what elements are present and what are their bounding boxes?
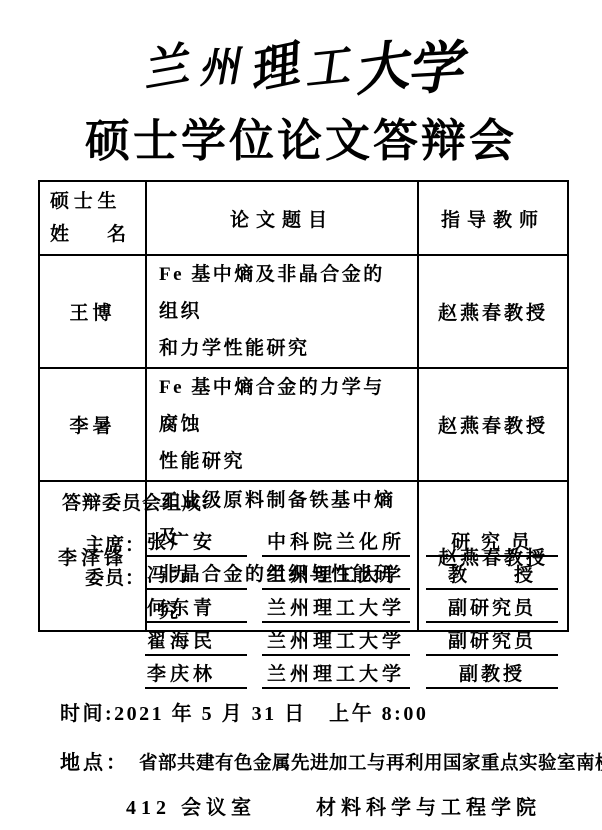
committee-role-label: 主席：: [85, 530, 145, 557]
defense-location: 地点：省部共建有色金属先进加工与再利用国家重点实验室南楼: [60, 746, 602, 775]
committee-role-label: 委员：: [85, 563, 145, 590]
logo-character: 学: [404, 22, 469, 106]
committee-member-title: 研 究 员: [426, 527, 558, 557]
committee-row-member: 何东青 兰州理工大学 副研究员: [85, 590, 565, 623]
university-calligraphy-logo: 兰州理工大学: [0, 28, 602, 100]
location-room-and-school: 412 会议室 材料科学与工程学院: [126, 791, 541, 820]
university-name-text: 兰州理工大学: [139, 40, 463, 96]
table-row: 李暑 Fe 基中熵合金的力学与腐蚀 性能研究 赵燕春教授: [39, 368, 568, 481]
committee-member-name: 李庆林: [145, 659, 247, 689]
committee-member-affiliation: 兰州理工大学: [262, 626, 410, 656]
thesis-title-line: Fe 基中熵及非晶合金的组织: [159, 256, 405, 330]
thesis-title: Fe 基中熵合金的力学与腐蚀 性能研究: [146, 368, 418, 481]
committee-row-member: 翟海民 兰州理工大学 副研究员: [85, 623, 565, 656]
logo-character: 兰: [136, 27, 196, 101]
logo-character: 工: [300, 29, 355, 99]
header-advisor: 指导教师: [418, 181, 568, 255]
committee-row-member: 委员： 冯力 兰州理工大学 教 授: [85, 557, 565, 590]
logo-character: 理: [241, 24, 307, 104]
student-name: 李暑: [39, 368, 146, 481]
header-student-name-line1: 硕 士 生: [50, 185, 135, 218]
thesis-title-line: 和力学性能研究: [159, 330, 405, 367]
thesis-title-line: 性能研究: [159, 443, 405, 480]
committee-member-title: 副研究员: [426, 626, 558, 656]
committee-member-affiliation: 兰州理工大学: [262, 593, 410, 623]
table-header-row: 硕 士 生 姓 名 论文题目 指导教师: [39, 181, 568, 255]
committee-row-member: 李庆林 兰州理工大学 副教授: [85, 656, 565, 689]
committee-member-affiliation: 兰州理工大学: [262, 659, 410, 689]
advisor-name: 赵燕春教授: [418, 255, 568, 368]
location-label: 地点：: [60, 752, 129, 774]
committee-member-name: 冯力: [145, 560, 247, 590]
committee-member-title: 教 授: [426, 560, 558, 590]
committee-list: 主席： 张广安 中科院兰化所 研 究 员 委员： 冯力 兰州理工大学 教 授 何…: [85, 524, 565, 689]
header-student-name-line2: 姓 名: [50, 218, 135, 251]
committee-member-affiliation: 中科院兰化所: [262, 527, 410, 557]
student-name: 王博: [39, 255, 146, 368]
committee-member-title: 副教授: [426, 659, 558, 689]
defense-time: 时间:2021 年 5 月 31 日 上午 8:00: [60, 697, 428, 726]
header-thesis-title: 论文题目: [146, 181, 418, 255]
committee-member-affiliation: 兰州理工大学: [262, 560, 410, 590]
defense-announcement-page: 兰州理工大学 硕士学位论文答辩会 硕 士 生 姓 名 论文题目 指导教师 王博 …: [0, 0, 602, 830]
thesis-title-line: Fe 基中熵合金的力学与腐蚀: [159, 369, 405, 443]
advisor-name: 赵燕春教授: [418, 368, 568, 481]
header-student-name: 硕 士 生 姓 名: [39, 181, 146, 255]
committee-member-title: 副研究员: [426, 593, 558, 623]
location-building: 省部共建有色金属先进加工与再利用国家重点实验室南楼: [139, 754, 602, 774]
thesis-title: Fe 基中熵及非晶合金的组织 和力学性能研究: [146, 255, 418, 368]
logo-character: 州: [196, 33, 244, 95]
page-title: 硕士学位论文答辩会: [0, 104, 602, 169]
table-row: 王博 Fe 基中熵及非晶合金的组织 和力学性能研究 赵燕春教授: [39, 255, 568, 368]
committee-heading: 答辩委员会组成:: [62, 488, 209, 515]
committee-member-name: 张广安: [145, 527, 247, 557]
committee-row-chair: 主席： 张广安 中科院兰化所 研 究 员: [85, 524, 565, 557]
committee-member-name: 何东青: [145, 593, 247, 623]
committee-member-name: 翟海民: [145, 626, 247, 656]
